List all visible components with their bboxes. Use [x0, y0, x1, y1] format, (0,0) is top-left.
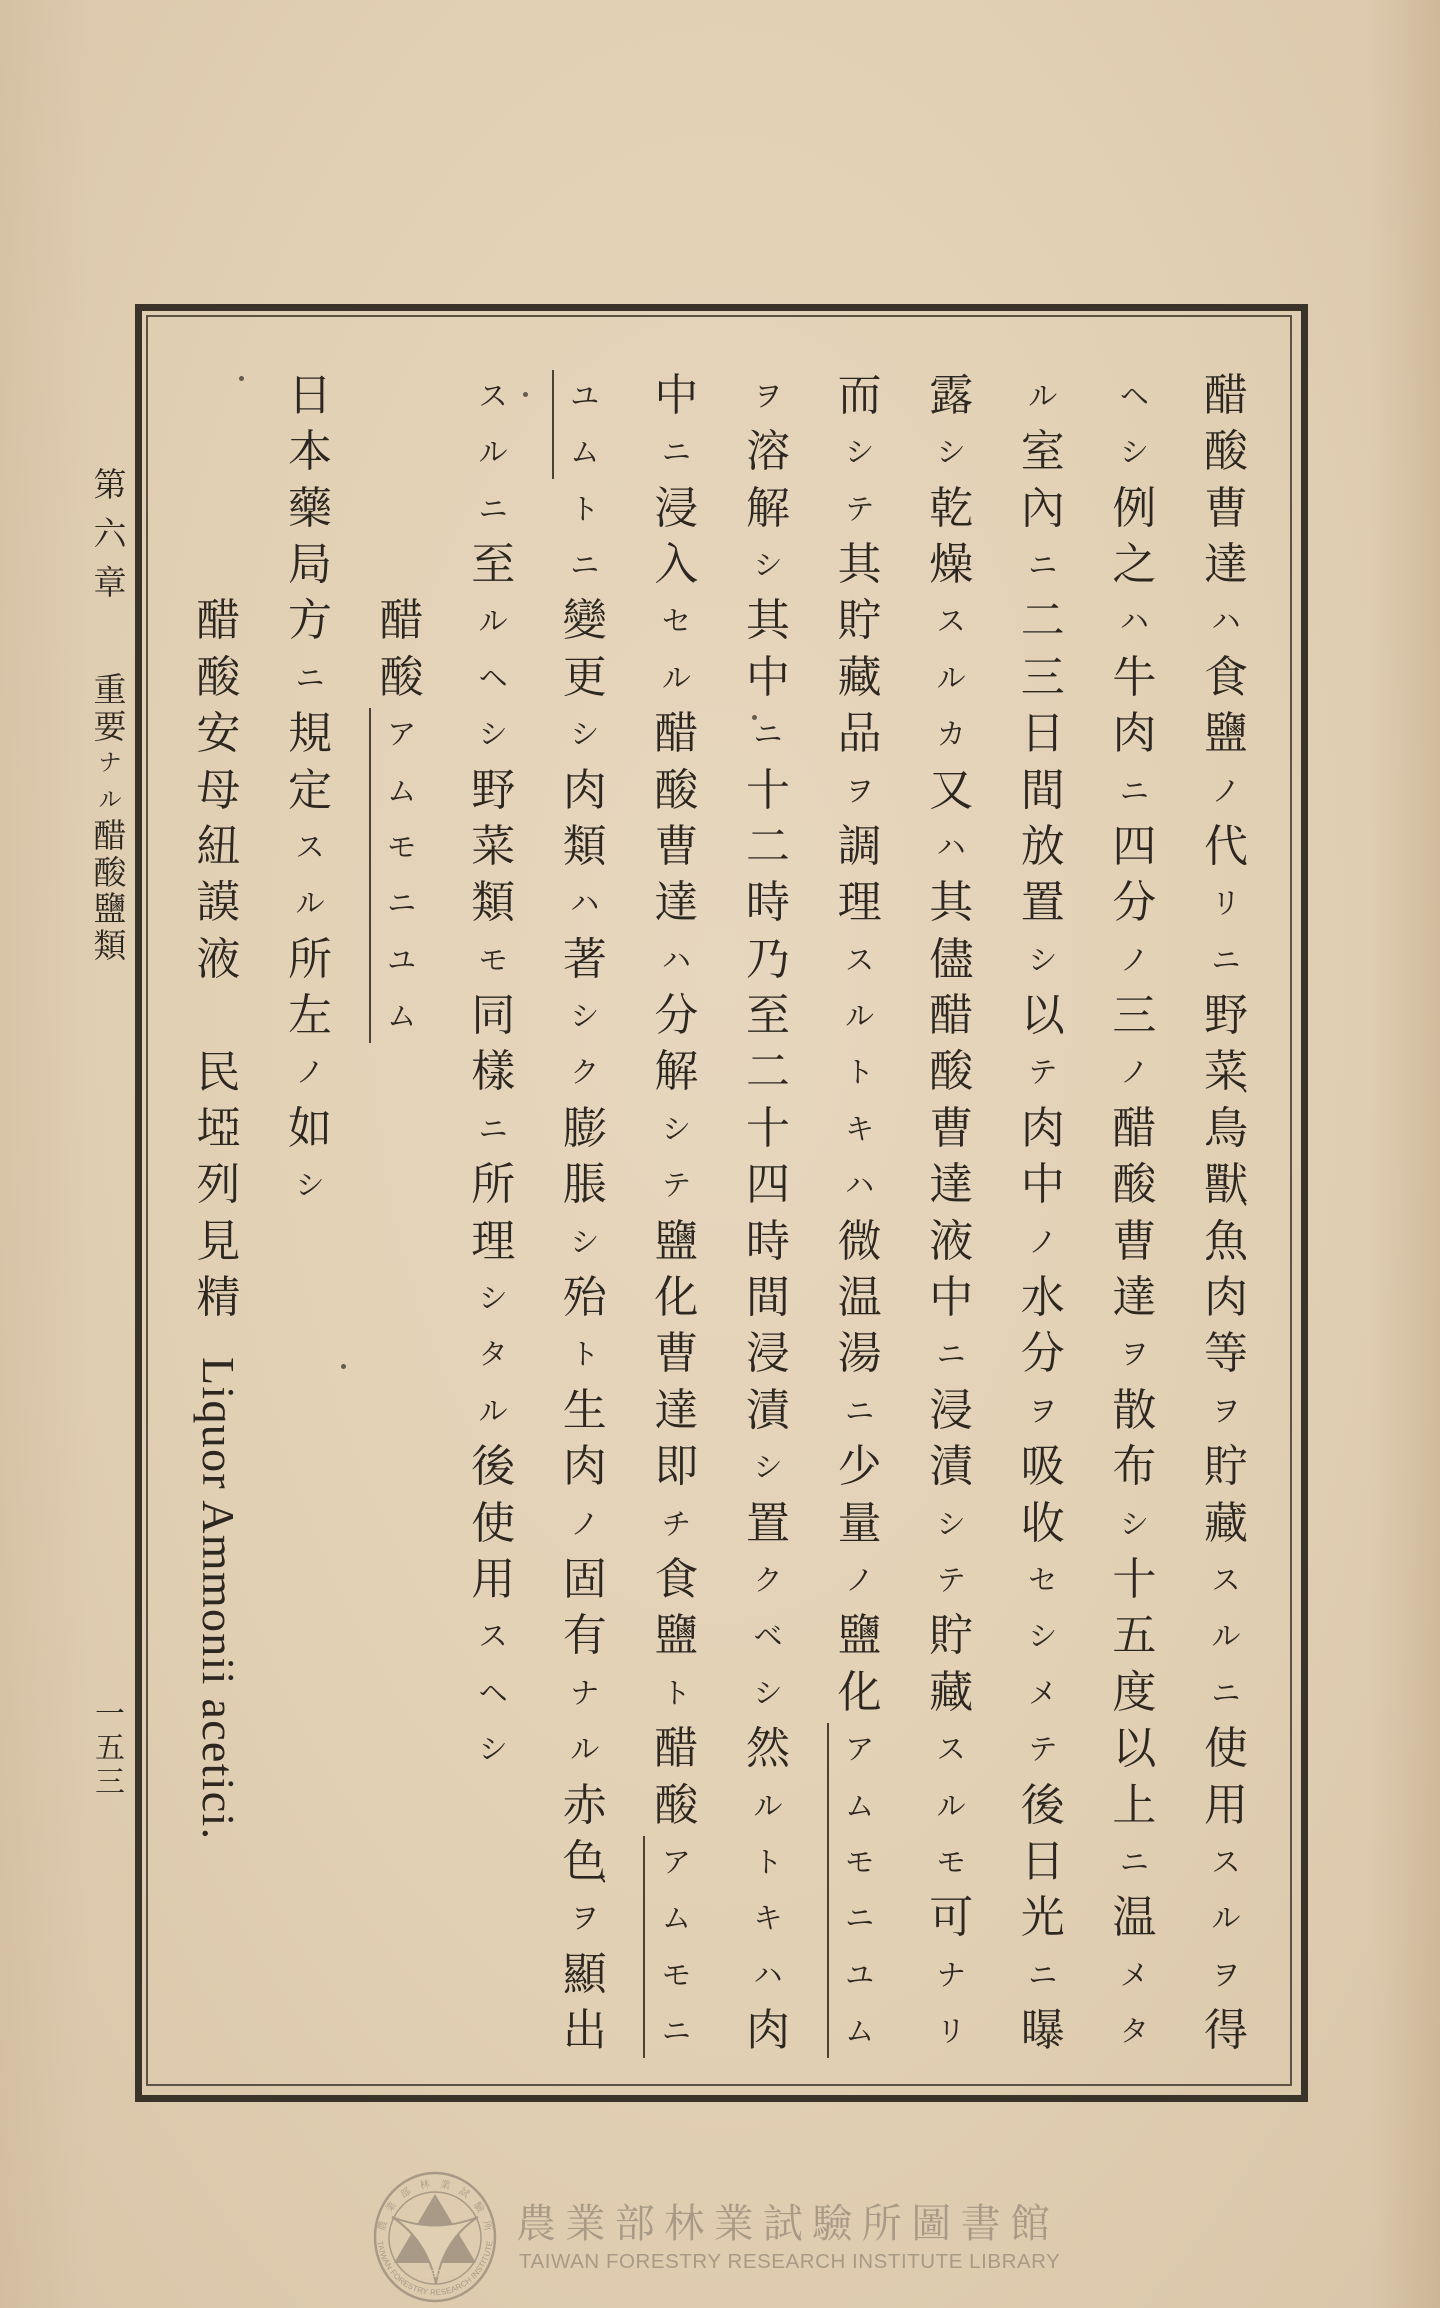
- glyph: ト: [832, 1044, 888, 1100]
- text-column-3: ル室內ニ二三日間放置シ以テ肉中ノ水分ヲ吸收セシメテ後日光ニ曝: [1015, 368, 1071, 2060]
- glyph: 鹽: [1198, 706, 1254, 762]
- glyph: シ: [740, 1665, 796, 1721]
- glyph: ニ: [465, 1101, 521, 1157]
- glyph: 野: [465, 763, 521, 819]
- glyph: 其: [832, 537, 888, 593]
- glyph: 埡: [190, 1101, 246, 1157]
- glyph: テ: [648, 1157, 704, 1213]
- glyph: 代: [1198, 819, 1254, 875]
- glyph: ス: [1198, 1834, 1254, 1890]
- glyph: ク: [557, 1044, 613, 1100]
- glyph: 類: [465, 875, 521, 931]
- comma-mark: 、: [1240, 1074, 1262, 1096]
- glyph: 理: [465, 1214, 521, 1270]
- glyph: 牛: [1106, 650, 1162, 706]
- glyph: 後: [1015, 1778, 1071, 1834]
- glyph: 色、: [557, 1834, 613, 1890]
- glyph: シ: [465, 1721, 521, 1777]
- sideline-mark: [552, 370, 554, 479]
- glyph: シ: [1015, 1608, 1071, 1664]
- glyph: ム: [832, 2003, 888, 2059]
- glyph: 肉: [1198, 1270, 1254, 1326]
- ink-speck: [523, 392, 528, 397]
- glyph: 使: [1198, 1721, 1254, 1777]
- glyph: 六: [86, 509, 134, 558]
- glyph: 露: [923, 368, 979, 424]
- glyph: 列: [190, 1157, 246, 1213]
- glyph: メ: [1015, 1665, 1071, 1721]
- text-column-5: 而シテ其貯藏品ヲ調理スルトキハ微温湯ニ少量ノ鹽化アムモニユム: [832, 368, 888, 2060]
- glyph: 乃: [740, 932, 796, 988]
- glyph: ス: [923, 593, 979, 649]
- glyph: 母: [190, 763, 246, 819]
- ink-speck: [239, 376, 244, 381]
- glyph: ノ: [282, 1044, 338, 1100]
- glyph: 殆: [557, 1270, 613, 1326]
- glyph: 置: [1015, 875, 1071, 931]
- glyph: 酸: [1106, 1157, 1162, 1213]
- glyph: 謨: [190, 875, 246, 931]
- glyph: 曹: [648, 819, 704, 875]
- glyph: ハ: [740, 1947, 796, 2003]
- glyph: 醋: [648, 706, 704, 762]
- glyph: 鹽: [86, 891, 134, 928]
- glyph: ル: [86, 782, 134, 819]
- book-page: 第六章 重要ナル醋酸鹽類 一五三 醋酸曹達ハ食鹽ノ代リニ野菜、鳥獸、魚肉等ヲ貯藏…: [0, 0, 1440, 2308]
- glyph: 要: [86, 709, 134, 746]
- glyph: ス: [282, 819, 338, 875]
- glyph: 安: [190, 706, 246, 762]
- glyph: ル: [465, 424, 521, 480]
- glyph: 達: [648, 1383, 704, 1439]
- glyph: ニ: [832, 1890, 888, 1946]
- glyph: 以: [1015, 988, 1071, 1044]
- glyph: 三: [1015, 650, 1071, 706]
- glyph: 達: [1198, 537, 1254, 593]
- glyph: ル: [832, 988, 888, 1044]
- glyph: 而: [832, 368, 888, 424]
- glyph: ヘ: [1106, 368, 1162, 424]
- glyph: ル: [1198, 1890, 1254, 1946]
- section-intro: 日本藥局方ニ規定スル所左ノ如シ: [282, 368, 338, 1214]
- glyph: チ: [648, 1496, 704, 1552]
- glyph: 醋: [86, 818, 134, 855]
- glyph: 二: [740, 1044, 796, 1100]
- glyph: 酸: [923, 1044, 979, 1100]
- glyph: 著: [557, 932, 613, 988]
- glyph: ニ: [1198, 932, 1254, 988]
- glyph: 品: [832, 706, 888, 762]
- glyph: 達: [1106, 1270, 1162, 1326]
- glyph: 鹽: [648, 1214, 704, 1270]
- glyph: 菜、: [1198, 1044, 1254, 1100]
- glyph: シ: [282, 1157, 338, 1213]
- glyph: シ: [1106, 1496, 1162, 1552]
- glyph: ニ: [1015, 1947, 1071, 2003]
- glyph: ス: [465, 1608, 521, 1664]
- glyph: 出: [557, 2003, 613, 2059]
- glyph: 獸、: [1198, 1157, 1254, 1213]
- glyph: ル: [648, 650, 704, 706]
- glyph: ヘ: [465, 1665, 521, 1721]
- glyph: 分: [648, 988, 704, 1044]
- glyph: ス: [465, 368, 521, 424]
- glyph: 樣: [465, 1044, 521, 1100]
- glyph: 局: [282, 537, 338, 593]
- glyph: ス: [1198, 1552, 1254, 1608]
- glyph: ニ: [465, 481, 521, 537]
- glyph: メ: [1106, 1947, 1162, 2003]
- glyph: 醋: [923, 988, 979, 1044]
- glyph: 上: [1106, 1778, 1162, 1834]
- glyph: ル: [1015, 368, 1071, 424]
- glyph: 類: [557, 819, 613, 875]
- glyph: 用: [465, 1552, 521, 1608]
- glyph: 至: [465, 537, 521, 593]
- glyph: 精: [190, 1270, 246, 1326]
- glyph: 中: [740, 650, 796, 706]
- glyph: ル: [923, 1778, 979, 1834]
- library-name-english: TAIWAN FORESTRY RESEARCH INSTITUTE LIBRA…: [519, 2250, 1060, 2274]
- glyph: 浸: [923, 1383, 979, 1439]
- glyph: 用: [1198, 1778, 1254, 1834]
- glyph: ノ: [1015, 1214, 1071, 1270]
- glyph: 日: [282, 368, 338, 424]
- glyph: 吸: [1015, 1439, 1071, 1495]
- glyph: セ: [1015, 1552, 1071, 1608]
- glyph: モ: [374, 819, 430, 875]
- glyph: 酸: [1198, 424, 1254, 480]
- comma-mark: 、: [599, 1864, 621, 1886]
- glyph: 五: [1106, 1608, 1162, 1664]
- entry-latin-name: Liquor Ammonii acetici.: [195, 1357, 241, 1840]
- glyph: 醋: [374, 593, 430, 649]
- glyph: 化: [832, 1665, 888, 1721]
- glyph: 章: [86, 558, 134, 607]
- glyph: 十: [1106, 1552, 1162, 1608]
- glyph: 量: [832, 1496, 888, 1552]
- glyph: シ: [557, 706, 613, 762]
- glyph: 曹: [1106, 1214, 1162, 1270]
- glyph: タ: [1106, 2003, 1162, 2059]
- glyph: 藏: [1198, 1496, 1254, 1552]
- glyph: 本: [282, 424, 338, 480]
- glyph: 可: [923, 1890, 979, 1946]
- glyph: 時: [740, 1214, 796, 1270]
- glyph: 變: [557, 593, 613, 649]
- glyph: 酸: [190, 650, 246, 706]
- glyph: ハ: [1198, 593, 1254, 649]
- glyph: シ: [557, 1214, 613, 1270]
- glyph: ニ: [1015, 537, 1071, 593]
- glyph: セ: [648, 593, 704, 649]
- glyph: ノ: [1198, 763, 1254, 819]
- glyph: 醋: [648, 1721, 704, 1777]
- glyph: 布: [1106, 1439, 1162, 1495]
- glyph: カ: [923, 706, 979, 762]
- glyph: 温: [1106, 1890, 1162, 1946]
- glyph: ヲ: [557, 1890, 613, 1946]
- glyph: 其: [740, 593, 796, 649]
- glyph: 達: [648, 875, 704, 931]
- glyph: ム: [557, 424, 613, 480]
- glyph: 度: [1106, 1665, 1162, 1721]
- glyph: ハ: [557, 875, 613, 931]
- text-column-1: 醋酸曹達ハ食鹽ノ代リニ野菜、鳥獸、魚肉等ヲ貯藏スルニ使用スルヲ得: [1198, 368, 1254, 2060]
- entry-japanese-name: 醋酸安母紐謨液: [190, 593, 246, 988]
- glyph: シ: [923, 424, 979, 480]
- glyph: 脹: [557, 1157, 613, 1213]
- glyph: 解: [648, 1044, 704, 1100]
- glyph: 時: [740, 875, 796, 931]
- glyph: 後: [465, 1439, 521, 1495]
- glyph: 光: [1015, 1890, 1071, 1946]
- glyph: 達: [923, 1157, 979, 1213]
- text-column-6: ヲ溶解シ其中ニ十二時乃至二十四時間浸漬シ置クベシ然ルトキハ肉: [740, 368, 796, 2060]
- glyph: 日: [1015, 1834, 1071, 1890]
- glyph: 間: [1015, 763, 1071, 819]
- glyph: 曝: [1015, 2003, 1071, 2059]
- glyph: 酸: [648, 763, 704, 819]
- text-column-4: 露シ乾燥スルカ又ハ其儘醋酸曹達液中ニ浸漬シテ貯藏スルモ可ナリ: [923, 368, 979, 2060]
- glyph: 分: [1106, 875, 1162, 931]
- glyph: 貯: [832, 593, 888, 649]
- entry-alias: 民埡列見精: [190, 1045, 246, 1327]
- text-column-8: ユムトニ變更シ肉類ハ著シク膨脹シ殆ト生肉ノ固有ナル赤色、ヲ顯出: [557, 368, 613, 2060]
- glyph: 所: [282, 932, 338, 988]
- glyph: ベ: [740, 1608, 796, 1664]
- glyph: テ: [923, 1552, 979, 1608]
- glyph: ノ: [557, 1496, 613, 1552]
- glyph: 三: [1106, 988, 1162, 1044]
- comma-mark: 、: [1240, 1187, 1262, 1209]
- glyph: 水: [1015, 1270, 1071, 1326]
- glyph: 藥: [282, 481, 338, 537]
- glyph: 見: [190, 1214, 246, 1270]
- glyph: 以: [1106, 1721, 1162, 1777]
- glyph: テ: [832, 481, 888, 537]
- glyph: 酸: [86, 855, 134, 892]
- glyph: 入: [648, 537, 704, 593]
- glyph: モ: [923, 1834, 979, 1890]
- glyph: ア: [648, 1834, 704, 1890]
- glyph: 曹: [648, 1326, 704, 1382]
- glyph: 鳥: [1198, 1101, 1254, 1157]
- glyph: 有: [557, 1608, 613, 1664]
- glyph: ス: [832, 932, 888, 988]
- glyph: 温: [832, 1270, 888, 1326]
- glyph: ヲ: [1015, 1383, 1071, 1439]
- glyph: ル: [740, 1778, 796, 1834]
- sideline-mark: [369, 708, 371, 1042]
- glyph: シ: [465, 1270, 521, 1326]
- glyph: 溶: [740, 424, 796, 480]
- glyph: 等: [1198, 1326, 1254, 1382]
- glyph: ナ: [923, 1947, 979, 2003]
- glyph: ニ: [648, 2003, 704, 2059]
- glyph: 一: [86, 1698, 134, 1732]
- glyph: 湯: [832, 1326, 888, 1382]
- glyph: ヲ: [740, 368, 796, 424]
- glyph: ヲ: [1198, 1947, 1254, 2003]
- library-name: 農業部林業試驗所圖書館: [516, 2201, 1059, 2247]
- glyph: 調: [832, 819, 888, 875]
- glyph: キ: [832, 1101, 888, 1157]
- glyph: 膨: [557, 1101, 613, 1157]
- glyph: 魚: [1198, 1214, 1254, 1270]
- glyph: ム: [832, 1778, 888, 1834]
- glyph: ハ: [832, 1157, 888, 1213]
- glyph: 定: [282, 763, 338, 819]
- glyph: 內: [1015, 481, 1071, 537]
- glyph: ハ: [923, 819, 979, 875]
- glyph: キ: [740, 1890, 796, 1946]
- glyph: シ: [1106, 424, 1162, 480]
- glyph: ル: [557, 1721, 613, 1777]
- page-number: 一五三: [86, 1698, 134, 1800]
- glyph: 三: [86, 1766, 134, 1800]
- glyph: 浸: [648, 481, 704, 537]
- glyph: ヲ: [832, 763, 888, 819]
- glyph: 食: [1198, 650, 1254, 706]
- glyph: シ: [923, 1496, 979, 1552]
- glyph: 規: [282, 706, 338, 762]
- glyph: 貯: [1198, 1439, 1254, 1495]
- logo-year: 1896: [425, 2269, 448, 2280]
- glyph: 固: [557, 1552, 613, 1608]
- glyph: ム: [374, 988, 430, 1044]
- glyph: ハ: [648, 932, 704, 988]
- glyph: 醋: [190, 593, 246, 649]
- glyph: 其: [923, 875, 979, 931]
- glyph: 又: [923, 763, 979, 819]
- glyph: シ: [465, 706, 521, 762]
- glyph: ア: [832, 1721, 888, 1777]
- glyph: タ: [465, 1326, 521, 1382]
- glyph: 左: [282, 988, 338, 1044]
- glyph: シ: [740, 1439, 796, 1495]
- glyph: 例: [1106, 481, 1162, 537]
- glyph: 鹽: [648, 1608, 704, 1664]
- glyph: 生: [557, 1383, 613, 1439]
- glyph: 解: [740, 481, 796, 537]
- glyph: 藏: [923, 1665, 979, 1721]
- glyph: ト: [557, 1326, 613, 1382]
- glyph: モ: [648, 1947, 704, 2003]
- glyph: ル: [923, 650, 979, 706]
- glyph: ユ: [374, 932, 430, 988]
- glyph: ノ: [1106, 932, 1162, 988]
- glyph: 四: [1106, 819, 1162, 875]
- glyph: ル: [465, 1383, 521, 1439]
- glyph: 肉: [740, 2003, 796, 2059]
- glyph: ア: [374, 706, 430, 762]
- glyph: テ: [1015, 1044, 1071, 1100]
- glyph: ニ: [282, 650, 338, 706]
- ink-speck: [341, 1364, 346, 1369]
- glyph: 鹽: [832, 1608, 888, 1664]
- section-heading: 醋酸アムモニユム: [374, 593, 430, 1044]
- glyph: ス: [923, 1721, 979, 1777]
- glyph: 二: [1015, 593, 1071, 649]
- glyph: シ: [1015, 932, 1071, 988]
- glyph: 四: [740, 1157, 796, 1213]
- glyph: 理: [832, 875, 888, 931]
- glyph: 肉: [1106, 706, 1162, 762]
- glyph: テ: [1015, 1721, 1071, 1777]
- glyph: ニ: [648, 424, 704, 480]
- glyph: ニ: [1198, 1665, 1254, 1721]
- glyph: 菜: [465, 819, 521, 875]
- glyph: 中: [923, 1270, 979, 1326]
- glyph: ユ: [832, 1947, 888, 2003]
- glyph: 置: [740, 1496, 796, 1552]
- glyph: 分: [1015, 1326, 1071, 1382]
- glyph: シ: [740, 537, 796, 593]
- glyph: ニ: [740, 706, 796, 762]
- glyph: ク: [740, 1552, 796, 1608]
- glyph: ル: [282, 875, 338, 931]
- glyph: 同: [465, 988, 521, 1044]
- glyph: 散: [1106, 1383, 1162, 1439]
- glyph: ナ: [557, 1665, 613, 1721]
- glyph: 曹: [1198, 481, 1254, 537]
- glyph: ヘ: [465, 650, 521, 706]
- glyph: ト: [648, 1665, 704, 1721]
- glyph: ニ: [374, 875, 430, 931]
- glyph: ハ: [1106, 593, 1162, 649]
- glyph: 之: [1106, 537, 1162, 593]
- glyph: 重: [86, 672, 134, 709]
- glyph: 曹: [923, 1101, 979, 1157]
- glyph: 乾: [923, 481, 979, 537]
- glyph: 如: [282, 1101, 338, 1157]
- glyph: ヲ: [1198, 1383, 1254, 1439]
- glyph: リ: [923, 2003, 979, 2059]
- glyph: 放: [1015, 819, 1071, 875]
- glyph: 更: [557, 650, 613, 706]
- glyph: 液: [923, 1214, 979, 1270]
- text-column-9: スルニ至ルヘシ野菜類モ同樣ニ所理シタル後使用スヘシ: [465, 368, 521, 1778]
- glyph: 室: [1015, 424, 1071, 480]
- glyph: 然: [740, 1721, 796, 1777]
- glyph: 收: [1015, 1496, 1071, 1552]
- glyph: ニ: [832, 1383, 888, 1439]
- glyph: 十: [740, 1101, 796, 1157]
- glyph: ノ: [1106, 1044, 1162, 1100]
- glyph: ナ: [86, 745, 134, 782]
- glyph: 儘: [923, 932, 979, 988]
- library-logo-icon: 農業部林業試驗所 TAIWAN FORESTRY RESEARCH INSTIT…: [370, 2170, 500, 2306]
- running-head-chapter: 第六章: [86, 460, 134, 607]
- glyph: 化: [648, 1270, 704, 1326]
- glyph: ニ: [557, 537, 613, 593]
- glyph: 間: [740, 1270, 796, 1326]
- glyph: 中: [648, 368, 704, 424]
- glyph: モ: [832, 1834, 888, 1890]
- glyph: 漬: [923, 1439, 979, 1495]
- text-column-2: ヘシ例之ハ牛肉ニ四分ノ三ノ醋酸曹達ヲ散布シ十五度以上ニ温メタ: [1106, 368, 1162, 2060]
- glyph: 赤: [557, 1778, 613, 1834]
- ink-speck: [752, 715, 757, 720]
- glyph: ル: [1198, 1608, 1254, 1664]
- running-head-title: 重要ナル醋酸鹽類: [86, 672, 134, 964]
- sideline-mark: [643, 1836, 645, 2058]
- glyph: シ: [648, 1101, 704, 1157]
- glyph: ユ: [557, 368, 613, 424]
- glyph: 所: [465, 1157, 521, 1213]
- glyph: ノ: [832, 1552, 888, 1608]
